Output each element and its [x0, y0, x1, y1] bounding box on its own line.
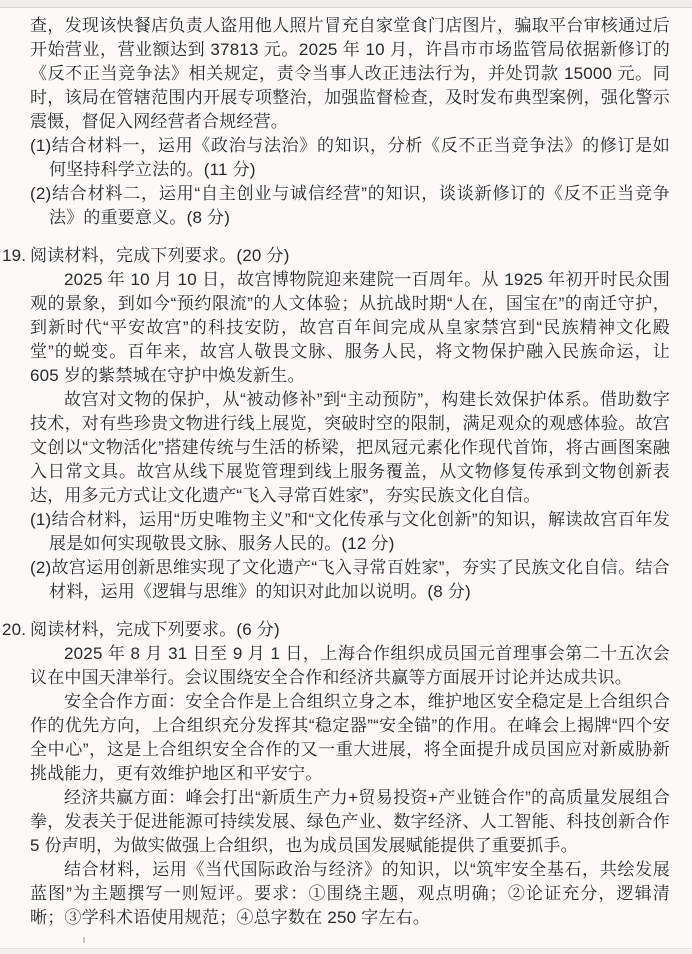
question-19: 19.阅读材料，完成下列要求。(20 分) 2025 年 10 月 10 日，故…: [30, 244, 670, 604]
question-20-instruction: 阅读材料，完成下列要求。(6 分): [30, 620, 280, 639]
material-paragraph: 安全合作方面：安全合作是上合组织立身之本，维护地区安全稳定是上合组织合作的优先方…: [30, 690, 670, 786]
question-19-number: 19.: [2, 244, 30, 268]
material-paragraph: 2025 年 10 月 10 日，故宫博物院迎来建院一百周年。从 1925 年初…: [30, 268, 670, 388]
material-paragraph: 经济共赢方面：峰会打出“新质生产力+贸易投资+产业链合作”的高质量发展组合拳，发…: [30, 786, 670, 858]
question-20: 20.阅读材料，完成下列要求。(6 分) 2025 年 8 月 31 日至 9 …: [30, 618, 670, 930]
question-19-instruction: 阅读材料，完成下列要求。(20 分): [30, 246, 290, 265]
sub-question-2: (2)故宫运用创新思维实现了文化遗产“飞入寻常百姓家”，夯实了民族文化自信。结合…: [30, 556, 670, 604]
question-20-number: 20.: [2, 618, 30, 642]
sub-question-1: (1)结合材料，运用“历史唯物主义”和“文化传承与文化创新”的知识，解读故宫百年…: [30, 508, 670, 556]
question-20-header: 20.阅读材料，完成下列要求。(6 分): [2, 618, 670, 642]
scan-artifact: [83, 937, 85, 943]
material-paragraph: 查，发现该快餐店负责人盗用他人照片冒充自家堂食门店图片，骗取平台审核通过后开始营…: [30, 14, 670, 134]
sub-question-1: (1)结合材料一，运用《政治与法治》的知识，分析《反不正当竞争法》的修订是如何坚…: [30, 134, 670, 182]
sub-question-2: (2)结合材料二，运用“自主创业与诚信经营”的知识，谈谈新修订的《反不正当竞争法…: [30, 182, 670, 230]
task-paragraph: 结合材料，运用《当代国际政治与经济》的知识，以“筑牢安全基石，共绘发展蓝图”为主…: [30, 858, 670, 930]
page-bottom-edge: [0, 948, 692, 954]
question-19-header: 19.阅读材料，完成下列要求。(20 分): [2, 244, 670, 268]
page-top-edge: [0, 0, 692, 8]
material-paragraph: 2025 年 8 月 31 日至 9 月 1 日，上海合作组织成员国元首理事会第…: [30, 642, 670, 690]
exam-paper-page: 查，发现该快餐店负责人盗用他人照片冒充自家堂食门店图片，骗取平台审核通过后开始营…: [0, 0, 692, 954]
material-paragraph: 故宫对文物的保护，从“被动修补”到“主动预防”，构建长效保护体系。借助数字技术，…: [30, 388, 670, 508]
exam-content: 查，发现该快餐店负责人盗用他人照片冒充自家堂食门店图片，骗取平台审核通过后开始营…: [30, 14, 670, 930]
question-18-continuation: 查，发现该快餐店负责人盗用他人照片冒充自家堂食门店图片，骗取平台审核通过后开始营…: [30, 14, 670, 230]
